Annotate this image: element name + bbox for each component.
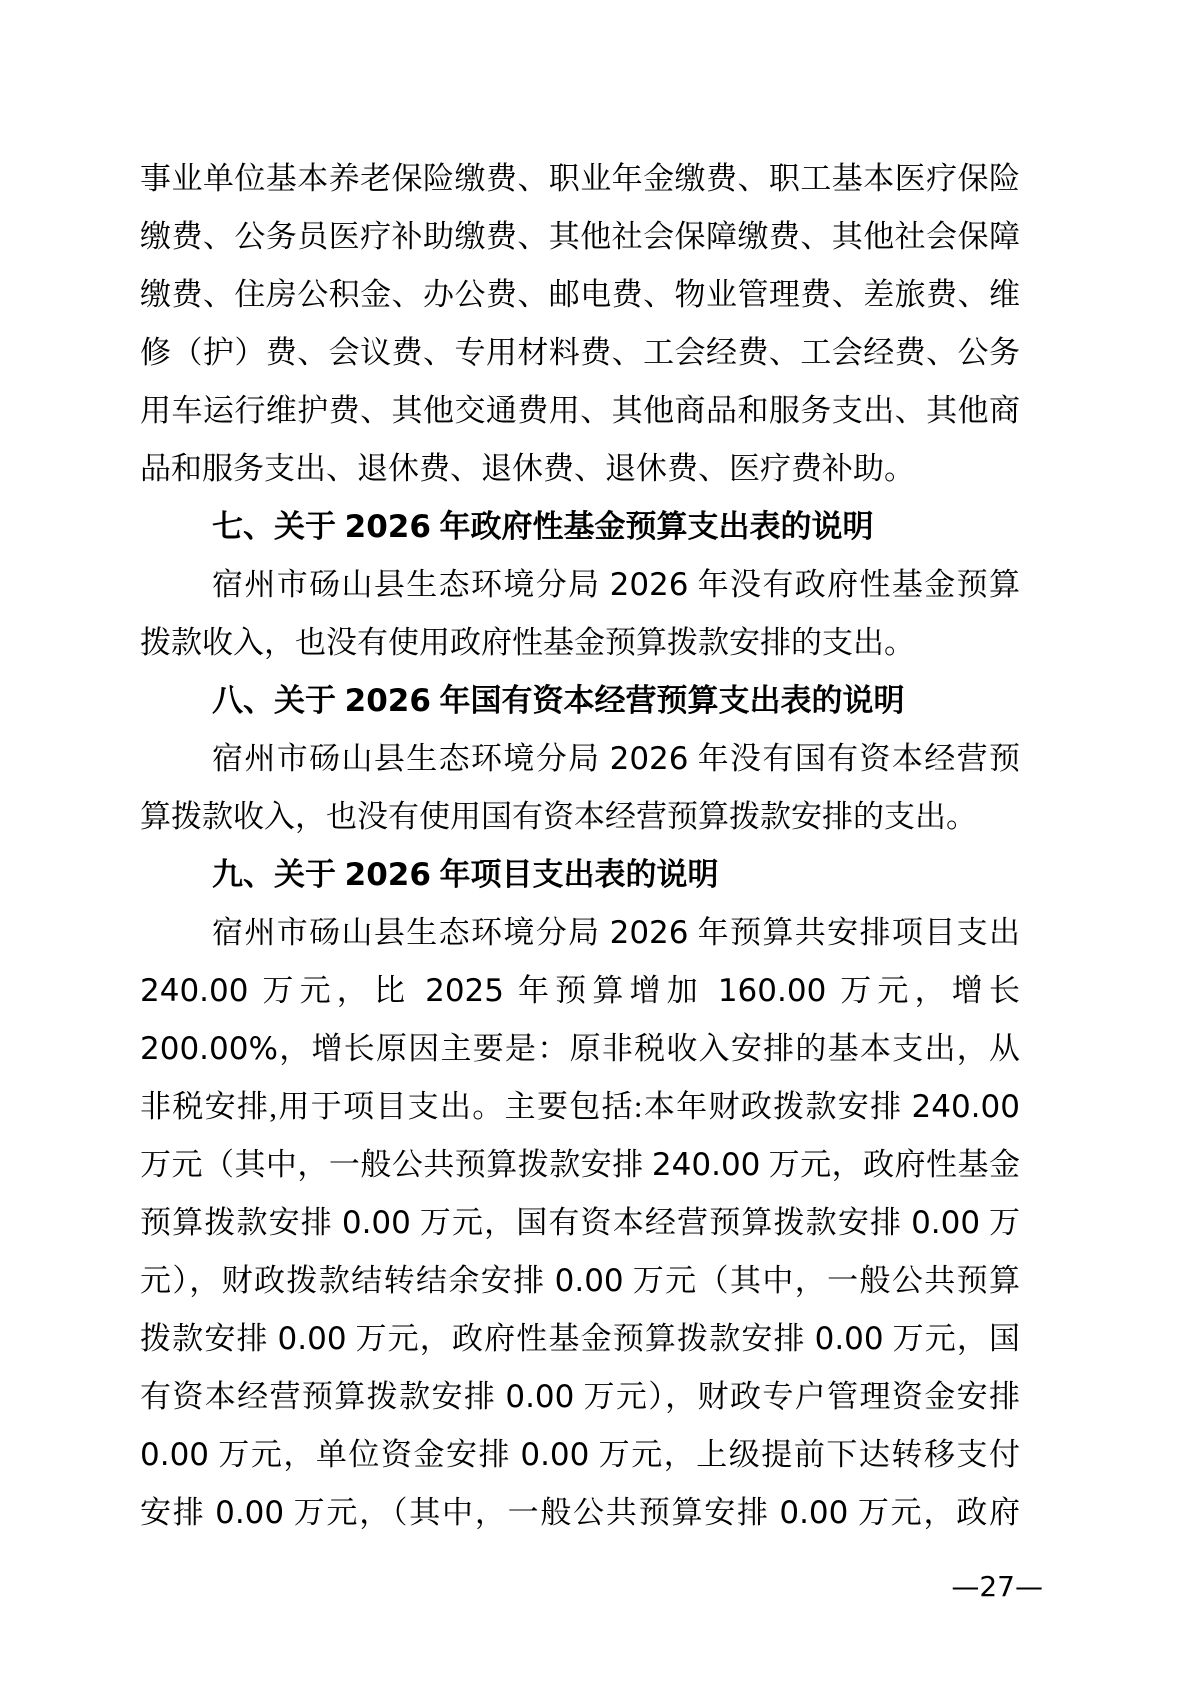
- body-line: 安排 0.00 万元，（其中，一般公共预算安排 0.00 万元，政府: [140, 1484, 1020, 1542]
- section-7: 七、关于 2026 年政府性基金预算支出表的说明: [140, 498, 1020, 556]
- body-line: 缴费、住房公积金、办公费、邮电费、物业管理费、差旅费、维: [140, 266, 1020, 324]
- heading-section-8: 八、关于 2026 年国有资本经营预算支出表的说明: [140, 672, 1020, 730]
- paragraph-expense-items: 事业单位基本养老保险缴费、职业年金缴费、职工基本医疗保险 缴费、公务员医疗补助缴…: [140, 150, 1020, 498]
- body-line: 200.00%，增长原因主要是：原非税收入安排的基本支出，从: [140, 1020, 1020, 1078]
- paragraph-state-capital-budget: 宿州市砀山县生态环境分局 2026 年没有国有资本经营预 算拨款收入，也没有使用…: [140, 730, 1020, 846]
- body-line: 0.00 万元，单位资金安排 0.00 万元，上级提前下达转移支付: [140, 1426, 1020, 1484]
- body-line: 万元（其中，一般公共预算拨款安排 240.00 万元，政府性基金: [140, 1136, 1020, 1194]
- heading-section-9: 九、关于 2026 年项目支出表的说明: [140, 846, 1020, 904]
- body-line: 240.00 万元，比 2025 年预算增加 160.00 万元，增长: [140, 962, 1020, 1020]
- body-line: 元），财政拨款结转结余安排 0.00 万元（其中，一般公共预算: [140, 1252, 1020, 1310]
- heading-section-7: 七、关于 2026 年政府性基金预算支出表的说明: [140, 498, 1020, 556]
- body-line: 修（护）费、会议费、专用材料费、工会经费、工会经费、公务: [140, 324, 1020, 382]
- paragraph-gov-fund-budget: 宿州市砀山县生态环境分局 2026 年没有政府性基金预算 拨款收入，也没有使用政…: [140, 556, 1020, 672]
- body-line: 算拨款收入，也没有使用国有资本经营预算拨款安排的支出。: [140, 788, 1020, 846]
- body-line: 拨款安排 0.00 万元，政府性基金预算拨款安排 0.00 万元，国: [140, 1310, 1020, 1368]
- page-number: —27—: [951, 1570, 1043, 1603]
- document-page: 事业单位基本养老保险缴费、职业年金缴费、职工基本医疗保险 缴费、公务员医疗补助缴…: [0, 0, 1190, 1683]
- body-line: 拨款收入，也没有使用政府性基金预算拨款安排的支出。: [140, 614, 1020, 672]
- body-line: 事业单位基本养老保险缴费、职业年金缴费、职工基本医疗保险: [140, 150, 1020, 208]
- section-9: 九、关于 2026 年项目支出表的说明: [140, 846, 1020, 904]
- body-line: 预算拨款安排 0.00 万元，国有资本经营预算拨款安排 0.00 万: [140, 1194, 1020, 1252]
- body-line: 缴费、公务员医疗补助缴费、其他社会保障缴费、其他社会保障: [140, 208, 1020, 266]
- body-line: 非税安排,用于项目支出。主要包括:本年财政拨款安排 240.00: [140, 1078, 1020, 1136]
- section-8: 八、关于 2026 年国有资本经营预算支出表的说明: [140, 672, 1020, 730]
- paragraph-project-expenditure: 宿州市砀山县生态环境分局 2026 年预算共安排项目支出 240.00 万元，比…: [140, 904, 1020, 1542]
- body-line: 用车运行维护费、其他交通费用、其他商品和服务支出、其他商: [140, 382, 1020, 440]
- body-line: 宿州市砀山县生态环境分局 2026 年没有政府性基金预算: [140, 556, 1020, 614]
- body-line: 有资本经营预算拨款安排 0.00 万元），财政专户管理资金安排: [140, 1368, 1020, 1426]
- body-line: 品和服务支出、退休费、退休费、退休费、医疗费补助。: [140, 440, 1020, 498]
- body-line: 宿州市砀山县生态环境分局 2026 年预算共安排项目支出: [140, 904, 1020, 962]
- body-line: 宿州市砀山县生态环境分局 2026 年没有国有资本经营预: [140, 730, 1020, 788]
- document-body: 事业单位基本养老保险缴费、职业年金缴费、职工基本医疗保险 缴费、公务员医疗补助缴…: [140, 150, 1020, 1542]
